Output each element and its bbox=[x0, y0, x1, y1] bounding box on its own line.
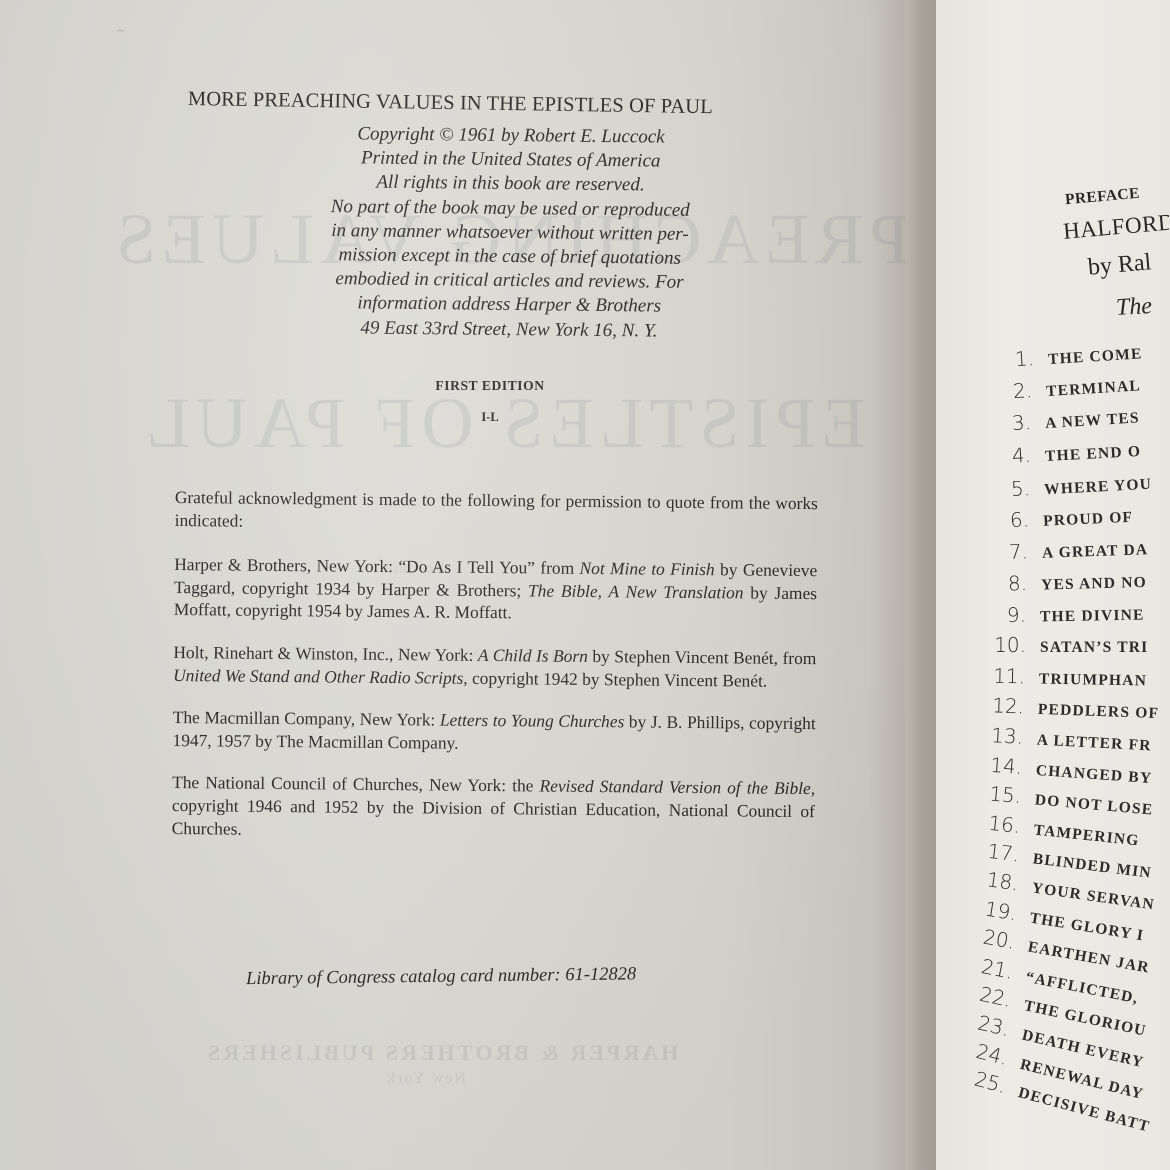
ack-text: Holt, Rinehart & Winston, Inc., New York… bbox=[173, 642, 478, 665]
acknowledgment-entry: Holt, Rinehart & Winston, Inc., New York… bbox=[173, 641, 816, 692]
toc-number: 16. bbox=[975, 809, 1021, 837]
toc-title: THE DIVINE bbox=[1040, 607, 1145, 627]
toc-section-heading: The bbox=[1115, 293, 1152, 322]
edition-label: FIRST EDITION bbox=[330, 378, 650, 394]
toc-number: 14. bbox=[977, 752, 1023, 779]
toc-number: 6. bbox=[985, 507, 1030, 533]
ack-work-title: Not Mine to Finish bbox=[579, 558, 714, 579]
toc-number: 12. bbox=[980, 693, 1025, 719]
toc-number: 11. bbox=[981, 664, 1025, 689]
acknowledgment-entry: Harper & Brothers, New York: “Do As I Te… bbox=[174, 553, 818, 627]
copyright-page: PREACHING VALUES EPISTLES OF PAUL HARPER… bbox=[0, 0, 905, 1170]
printing-code: I-L bbox=[330, 410, 650, 425]
acknowledgment-entry: The Macmillan Company, New York: Letters… bbox=[172, 706, 815, 757]
toc-title: YES AND NO bbox=[1041, 574, 1147, 595]
bleed-through-city: New York bbox=[385, 1070, 466, 1088]
ack-text: copyright 1946 and 1952 by the Division … bbox=[172, 795, 815, 838]
acknowledgments: Grateful acknowledgment is made to the f… bbox=[171, 486, 818, 865]
copyright-imprint: Copyright © 1961 by Robert E. Luccock Pr… bbox=[269, 121, 751, 344]
ack-work-title: Letters to Young Churches bbox=[440, 710, 625, 732]
toc-title: TRIUMPHAN bbox=[1039, 671, 1147, 691]
book-title: MORE PREACHING VALUES IN THE EPISTLES OF… bbox=[188, 88, 828, 121]
acknowledgments-intro: Grateful acknowledgment is made to the f… bbox=[175, 486, 818, 537]
toc-entry: 10.SATAN’S TRI bbox=[982, 633, 1148, 657]
toc-number: 3. bbox=[986, 410, 1031, 437]
toc-number: 13. bbox=[978, 722, 1023, 748]
toc-byline: by Ral bbox=[1087, 249, 1152, 281]
ack-text: by Stephen Vincent Benét, from bbox=[588, 646, 817, 668]
ack-work-title: United We Stand and Other Radio Scripts, bbox=[173, 665, 468, 688]
ack-text: The National Council of Churches, New Yo… bbox=[172, 772, 540, 796]
toc-title: SATAN’S TRI bbox=[1040, 639, 1148, 657]
ack-text: copyright 1942 by Stephen Vincent Benét. bbox=[468, 667, 768, 690]
toc-number: 4. bbox=[986, 443, 1031, 469]
toc-number: 10. bbox=[982, 633, 1026, 657]
ack-work-title: A Child Is Born bbox=[478, 645, 588, 666]
toc-number: 1. bbox=[989, 346, 1034, 373]
toc-entry: 11.TRIUMPHAN bbox=[981, 664, 1148, 691]
toc-number: 8. bbox=[983, 571, 1028, 596]
bleed-through-publisher: HARPER & BROTHERS PUBLISHERS bbox=[205, 1040, 678, 1066]
library-of-congress-number: Library of Congress catalog card number:… bbox=[246, 963, 766, 990]
ack-text: Harper & Brothers, New York: “Do As I Te… bbox=[174, 554, 580, 578]
pencil-mark: ~ bbox=[117, 24, 125, 40]
toc-number: 15. bbox=[976, 780, 1022, 808]
toc-number: 5. bbox=[985, 476, 1030, 502]
ack-text: The Macmillan Company, New York: bbox=[173, 707, 440, 730]
book-spread-photo: PREACHING VALUES EPISTLES OF PAUL HARPER… bbox=[0, 0, 1170, 1170]
toc-title: A GREAT DA bbox=[1042, 541, 1149, 563]
ack-work-title: The Bible, A New Translation bbox=[528, 580, 744, 602]
toc-number: 17. bbox=[974, 837, 1021, 866]
imprint-line: 49 East 33rd Street, New York 16, N. Y. bbox=[269, 315, 749, 344]
toc-number: 7. bbox=[984, 539, 1029, 565]
ack-work-title: Revised Standard Version of the Bible, bbox=[539, 776, 815, 799]
toc-number: 2. bbox=[987, 378, 1032, 405]
toc-entry: 9.THE DIVINE bbox=[982, 601, 1145, 628]
toc-number: 9. bbox=[982, 603, 1026, 628]
toc-entry: 8.YES AND NO bbox=[983, 568, 1147, 596]
acknowledgment-entry: The National Council of Churches, New Yo… bbox=[172, 771, 816, 845]
